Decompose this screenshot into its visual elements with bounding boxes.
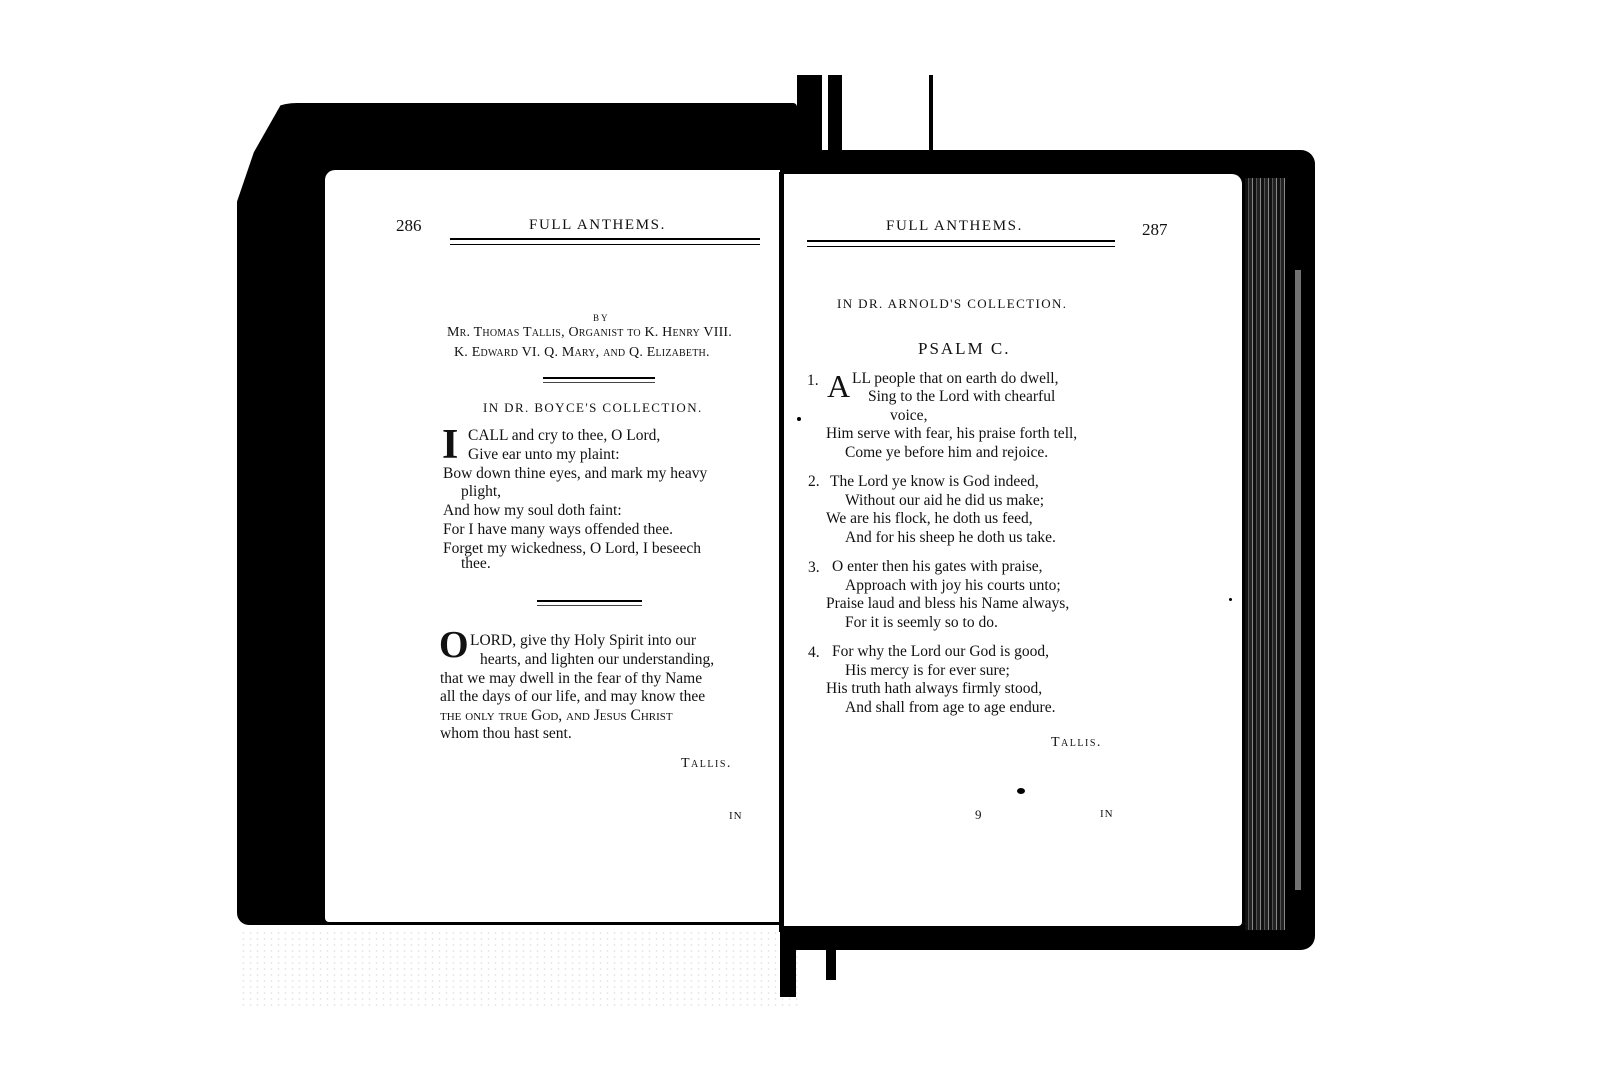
verse-1-line-1: LL people that on earth do dwell, xyxy=(852,370,1058,389)
verse-1-line-3: voice, xyxy=(890,407,927,426)
anthem2-line-5: the only true God, and Jesus Christ xyxy=(440,707,673,726)
spine-top xyxy=(797,75,822,170)
right-page: FULL ANTHEMS. 287 IN DR. ARNOLD'S COLLEC… xyxy=(784,174,1242,926)
running-head: FULL ANTHEMS. xyxy=(529,217,666,234)
spine-bottom xyxy=(780,925,796,997)
composer-attribution: Tallis. xyxy=(1051,735,1102,751)
anthem2-line-3: that we may dwell in the fear of thy Nam… xyxy=(440,670,702,689)
verse-number: 2. xyxy=(808,473,820,492)
anthem1-line-6: For I have many ways offended thee. xyxy=(443,521,673,540)
verse-3-line-2: Approach with joy his courts unto; xyxy=(845,577,1061,596)
anthem2-line-2: hearts, and lighten our understanding, xyxy=(480,651,714,670)
verse-4-line-1: For why the Lord our God is good, xyxy=(832,643,1049,662)
anthem1-line-1: CALL and cry to thee, O Lord, xyxy=(468,427,660,446)
by-label: BY xyxy=(593,313,610,323)
verse-4-line-3: His truth hath always firmly stood, xyxy=(826,680,1042,699)
collection-title: IN DR. BOYCE'S COLLECTION. xyxy=(483,400,703,416)
header-rule xyxy=(450,238,760,245)
psalm-title: PSALM C. xyxy=(918,339,1011,359)
verse-1-line-5: Come ye before him and rejoice. xyxy=(845,444,1048,463)
attribution-line-2: K. Edward VI. Q. Mary, and Q. Elizabeth. xyxy=(454,345,710,361)
page-number: 286 xyxy=(396,216,422,236)
drop-cap-a: A xyxy=(827,367,850,405)
signature-mark: 9 xyxy=(975,807,983,823)
fore-edge-highlight xyxy=(1295,270,1301,890)
anthem1-line-2: Give ear unto my plaint: xyxy=(468,446,620,465)
anthem2-line-4: all the days of our life, and may know t… xyxy=(440,688,705,707)
anthem1-line-4: plight, xyxy=(461,483,501,502)
spine-top-band xyxy=(828,75,842,170)
spine-thread xyxy=(929,75,933,155)
verse-4-line-2: His mercy is for ever sure; xyxy=(845,662,1010,681)
verse-number: 3. xyxy=(808,559,820,578)
drop-cap-o: O xyxy=(439,628,469,662)
drop-cap-i: I xyxy=(442,426,458,464)
scan-noise xyxy=(240,930,800,1010)
scan-blemish xyxy=(1229,598,1232,601)
verse-3-line-3: Praise laud and bless his Name always, xyxy=(826,595,1069,614)
scan-blemish xyxy=(797,417,801,421)
verse-2-line-3: We are his flock, he doth us feed, xyxy=(826,510,1033,529)
verse-2-line-1: The Lord ye know is God indeed, xyxy=(830,473,1039,492)
left-page: 286 FULL ANTHEMS. BY Mr. Thomas Tallis, … xyxy=(325,170,780,922)
spine-bottom-band xyxy=(826,940,836,980)
verse-4-line-4: And shall from age to age endure. xyxy=(845,699,1055,718)
verse-1-line-4: Him serve with fear, his praise forth te… xyxy=(826,425,1077,444)
verse-number: 4. xyxy=(808,644,820,663)
verse-number: 1. xyxy=(807,372,819,391)
catchword: IN xyxy=(1100,808,1114,820)
anthem2-line-1: LORD, give thy Holy Spirit into our xyxy=(470,632,696,651)
page-number: 287 xyxy=(1142,220,1168,240)
scan-blemish xyxy=(1017,788,1025,794)
verse-3-line-1: O enter then his gates with praise, xyxy=(832,558,1042,577)
verse-3-line-4: For it is seemly so to do. xyxy=(845,614,998,633)
attribution-line-1: Mr. Thomas Tallis, Organist to K. Henry … xyxy=(447,325,732,341)
verse-2-line-2: Without our aid he did us make; xyxy=(845,492,1044,511)
header-rule xyxy=(807,240,1115,247)
catchword: IN xyxy=(729,810,743,822)
page-fore-edge xyxy=(1245,178,1285,930)
anthem1-line-8: thee. xyxy=(461,555,491,574)
anthem1-line-5: And how my soul doth faint: xyxy=(443,502,622,521)
ornamental-rule xyxy=(543,377,655,383)
composer-attribution: Tallis. xyxy=(681,756,732,772)
ornamental-rule xyxy=(537,600,642,606)
verse-2-line-4: And for his sheep he doth us take. xyxy=(845,529,1056,548)
anthem1-line-3: Bow down thine eyes, and mark my heavy xyxy=(443,465,707,484)
gutter xyxy=(779,172,782,932)
running-head: FULL ANTHEMS. xyxy=(886,218,1023,235)
verse-1-line-2: Sing to the Lord with chearful xyxy=(868,388,1055,407)
anthem2-line-6: whom thou hast sent. xyxy=(440,725,572,744)
collection-title: IN DR. ARNOLD'S COLLECTION. xyxy=(837,296,1067,312)
